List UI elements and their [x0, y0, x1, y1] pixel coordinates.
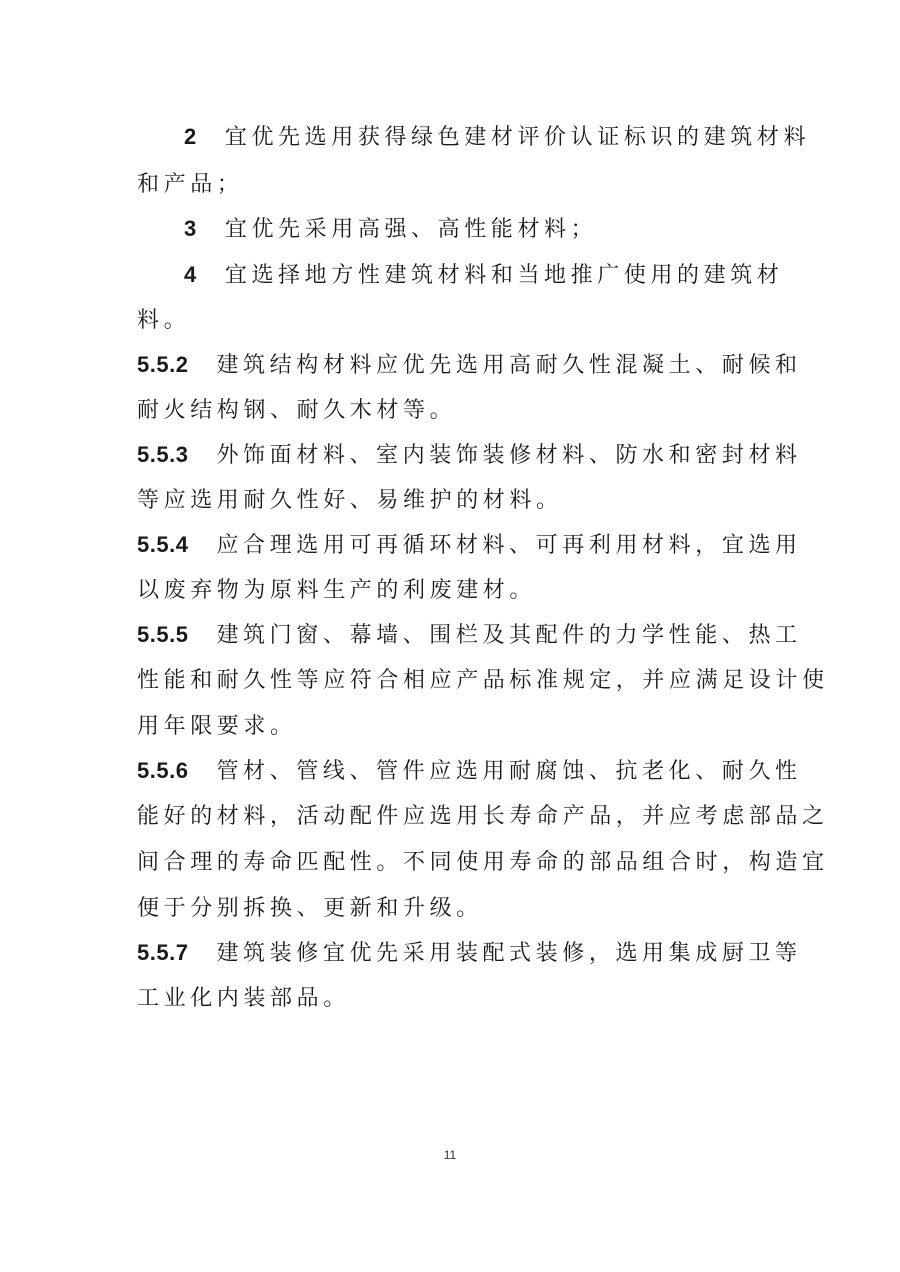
clause-text: 建筑结构材料应优先选用高耐久性混凝土、耐候和 — [216, 353, 801, 378]
clause-text: 建筑装修宜优先采用装配式装修，选用集成厨卫等 — [216, 941, 801, 966]
list-item-4-cont: 料。 — [137, 306, 765, 336]
clause-5-5-6-cont-3: 便于分别拆换、更新和升级。 — [137, 894, 765, 924]
clause-5-5-6: 5.5.6管材、管线、管件应选用耐腐蚀、抗老化、耐久性 — [137, 756, 765, 787]
list-item-2-cont: 和产品； — [137, 170, 765, 200]
clause-number: 5.5.2 — [137, 352, 188, 377]
clause-5-5-5: 5.5.5建筑门窗、幕墙、围栏及其配件的力学性能、热工 — [137, 620, 765, 651]
clause-text: 外饰面材料、室内装饰装修材料、防水和密封材料 — [216, 443, 801, 468]
clause-number: 5.5.7 — [137, 940, 188, 965]
clause-5-5-4: 5.5.4应合理选用可再循环材料、可再利用材料，宜选用 — [137, 530, 765, 561]
clause-5-5-7: 5.5.7建筑装修宜优先采用装配式装修，选用集成厨卫等 — [137, 938, 765, 969]
document-page: 2宜优先选用获得绿色建材评价认证标识的建筑材料 和产品； 3宜优先采用高强、高性… — [0, 0, 900, 1272]
clause-text: 管材、管线、管件应选用耐腐蚀、抗老化、耐久性 — [216, 759, 801, 784]
clause-5-5-5-cont-1: 性能和耐久性等应符合相应产品标准规定，并应满足设计使 — [137, 666, 765, 696]
clause-text: 应合理选用可再循环材料、可再利用材料，宜选用 — [216, 533, 801, 558]
clause-number: 5.5.5 — [137, 622, 188, 647]
item-number: 4 — [184, 262, 201, 287]
item-number: 2 — [184, 124, 201, 149]
clause-number: 5.5.3 — [137, 442, 188, 467]
clause-5-5-2: 5.5.2建筑结构材料应优先选用高耐久性混凝土、耐候和 — [137, 350, 765, 381]
list-item-3: 3宜优先采用高强、高性能材料； — [184, 214, 812, 245]
page-number: 11 — [0, 1148, 900, 1162]
list-item-2: 2宜优先选用获得绿色建材评价认证标识的建筑材料 — [184, 122, 812, 153]
clause-number: 5.5.4 — [137, 532, 188, 557]
clause-5-5-6-cont-1: 能好的材料，活动配件应选用长寿命产品，并应考虑部品之 — [137, 802, 765, 832]
clause-5-5-5-cont-2: 用年限要求。 — [137, 712, 765, 742]
clause-number: 5.5.6 — [137, 758, 188, 783]
clause-5-5-6-cont-2: 间合理的寿命匹配性。不同使用寿命的部品组合时，构造宜 — [137, 848, 765, 878]
clause-5-5-4-cont: 以废弃物为原料生产的利废建材。 — [137, 576, 765, 606]
clause-text: 建筑门窗、幕墙、围栏及其配件的力学性能、热工 — [216, 623, 801, 648]
clause-5-5-3: 5.5.3外饰面材料、室内装饰装修材料、防水和密封材料 — [137, 440, 765, 471]
item-number: 3 — [184, 216, 201, 241]
list-item-4: 4宜选择地方性建筑材料和当地推广使用的建筑材 — [184, 260, 812, 291]
clause-5-5-7-cont: 工业化内装部品。 — [137, 984, 765, 1014]
item-text: 宜选择地方性建筑材料和当地推广使用的建筑材 — [225, 263, 784, 288]
clause-5-5-3-cont: 等应选用耐久性好、易维护的材料。 — [137, 486, 765, 516]
item-text: 宜优先采用高强、高性能材料； — [225, 217, 597, 242]
clause-5-5-2-cont: 耐火结构钢、耐久木材等。 — [137, 396, 765, 426]
item-text: 宜优先选用获得绿色建材评价认证标识的建筑材料 — [225, 125, 810, 150]
